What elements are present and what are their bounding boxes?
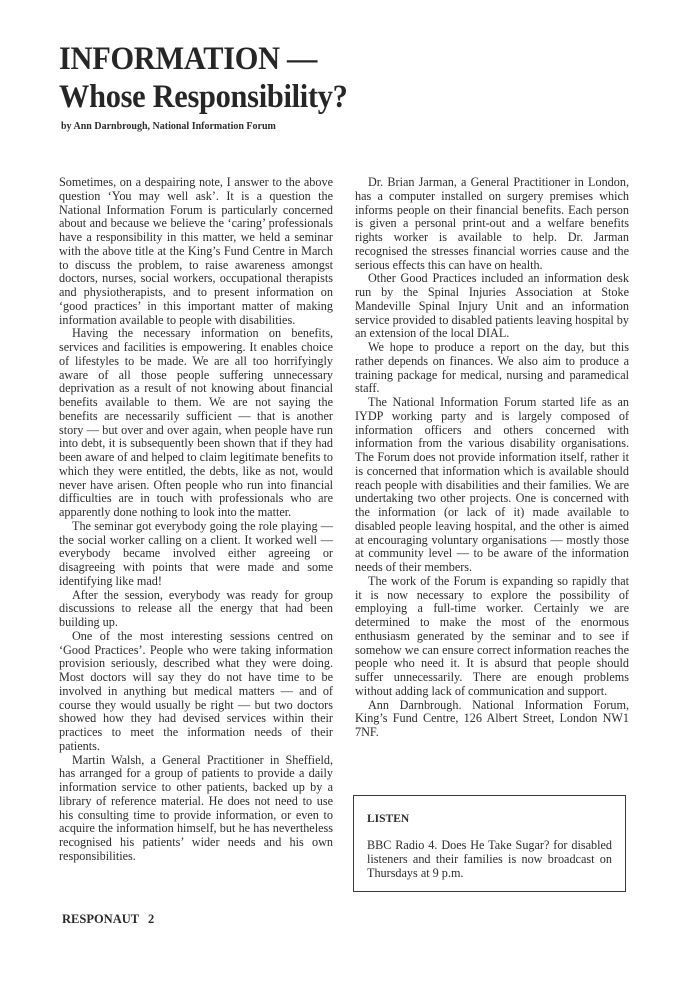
publication-name: RESPONAUT (62, 912, 139, 926)
listen-box-heading: LISTEN (367, 813, 409, 825)
paragraph: We hope to produce a report on the day, … (355, 341, 629, 396)
paragraph: Other Good Practices included an informa… (355, 272, 629, 341)
title-line-1: INFORMATION — (59, 40, 348, 78)
paragraph: One of the most interesting sessions cen… (59, 630, 333, 754)
page-number: 2 (148, 912, 154, 926)
paragraph: The work of the Forum is expanding so ra… (355, 575, 629, 699)
paragraph: The seminar got everybody going the role… (59, 520, 333, 589)
page-footer: RESPONAUT 2 (62, 912, 154, 927)
paragraph: Ann Darnbrough. National Information For… (355, 699, 629, 740)
paragraph: Having the necessary information on bene… (59, 327, 333, 520)
paragraph: Martin Walsh, a General Practitioner in … (59, 754, 333, 864)
left-column: Sometimes, on a despairing note, I answe… (59, 176, 333, 864)
paragraph: After the session, everybody was ready f… (59, 589, 333, 630)
paragraph: The National Information Forum started l… (355, 396, 629, 575)
right-column: Dr. Brian Jarman, a General Practitioner… (355, 176, 629, 740)
listen-box-body: BBC Radio 4. Does He Take Sugar? for dis… (367, 839, 612, 880)
paragraph: Dr. Brian Jarman, a General Practitioner… (355, 176, 629, 272)
article-title: INFORMATION — Whose Responsibility? (59, 40, 348, 116)
listen-box: LISTEN BBC Radio 4. Does He Take Sugar? … (353, 795, 626, 892)
paragraph: Sometimes, on a despairing note, I answe… (59, 176, 333, 327)
title-line-2: Whose Responsibility? (59, 78, 348, 116)
byline: by Ann Darnbrough, National Information … (61, 121, 276, 132)
